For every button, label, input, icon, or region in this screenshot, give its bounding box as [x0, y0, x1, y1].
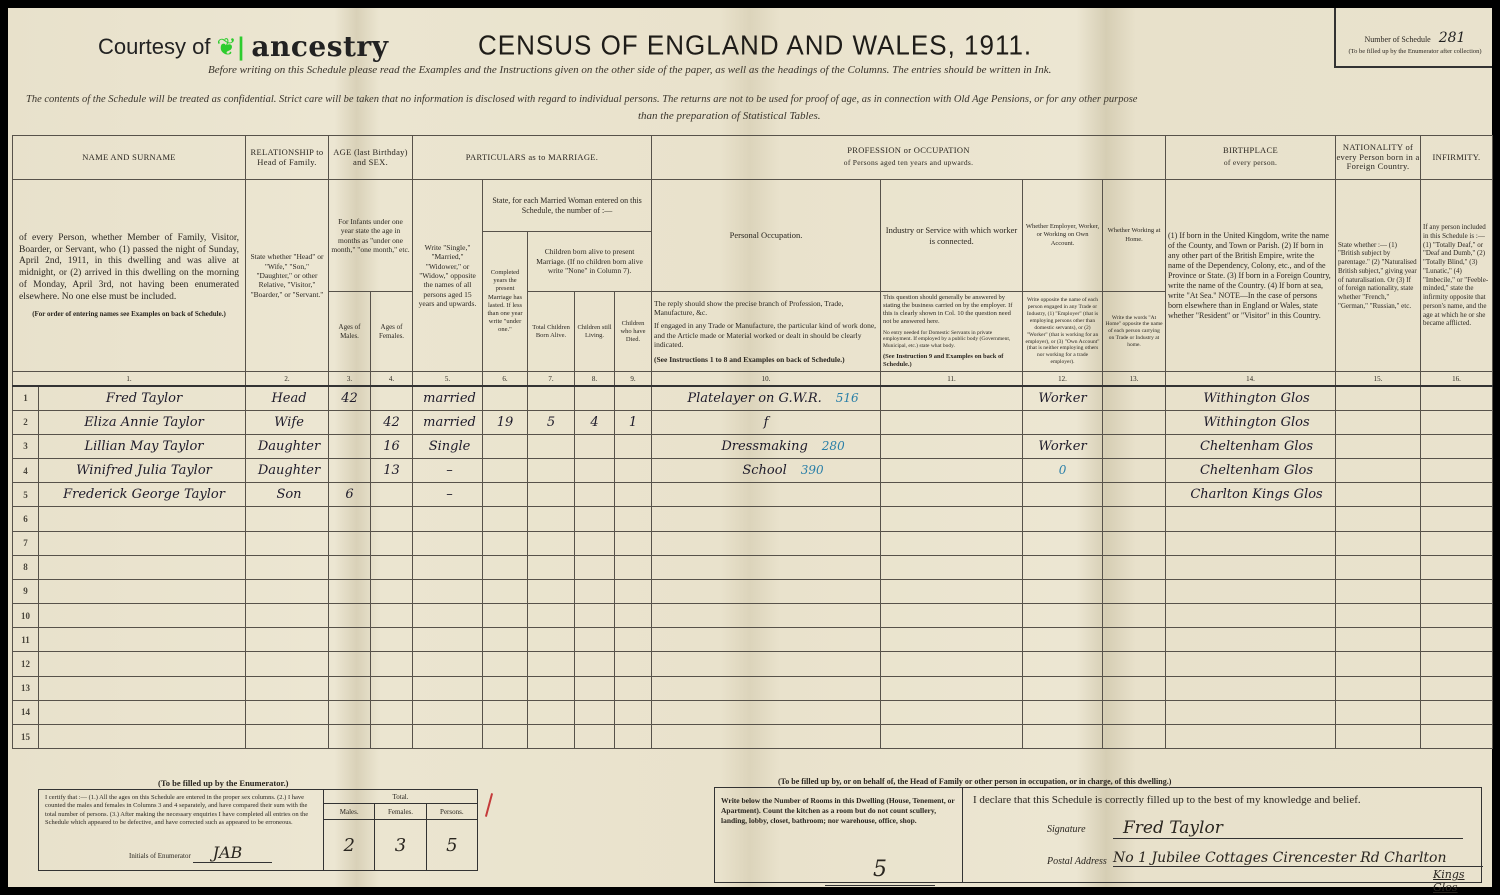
signature-value: Fred Taylor: [1113, 818, 1463, 839]
cell-occupation: [652, 531, 881, 555]
col-name-title: NAME AND SURNAME: [13, 136, 246, 180]
total-females: 3: [375, 820, 425, 870]
table-row: 2Eliza Annie TaylorWife42married19541fWi…: [13, 410, 1493, 434]
col-name-desc: of every Person, whether Member of Famil…: [13, 180, 246, 372]
table-row: 15: [13, 725, 1493, 749]
cell-age-m: 6: [329, 483, 371, 507]
cell-infirmity: [1421, 725, 1493, 749]
initials-row: Initials of Enumerator JAB: [129, 843, 272, 864]
cell-employer: [1023, 700, 1103, 724]
occupation-value: f: [764, 415, 769, 430]
cell-total: [528, 676, 575, 700]
cell-status: [413, 676, 483, 700]
cell-age-f: [371, 483, 413, 507]
cell-birthplace: [1166, 579, 1336, 603]
cell-died: [615, 458, 652, 482]
cell-age-f: [371, 507, 413, 531]
cell-rel: Daughter: [246, 434, 329, 458]
cell-rel: [246, 604, 329, 628]
address-value: No 1 Jubilee Cottages Cirencester Rd Cha…: [1113, 850, 1483, 867]
declaration-panel: I declare that this Schedule is correctl…: [963, 788, 1481, 882]
cell-occupation: f: [652, 410, 881, 434]
table-row: 14: [13, 700, 1493, 724]
industry-desc: This question should generally be answer…: [883, 294, 1020, 327]
birthplace-value: Withington Glos: [1203, 391, 1309, 406]
cell-name: [39, 531, 246, 555]
cell-infirmity: [1421, 604, 1493, 628]
schedule-note: (To be filled up by the Enumerator after…: [1344, 48, 1486, 55]
cell-nationality: [1336, 483, 1421, 507]
head-of-family-box: Write below the Number of Rooms in this …: [714, 787, 1482, 883]
cell-home: [1103, 434, 1166, 458]
col-relationship-desc: State whether "Head" or "Wife," "Son," "…: [246, 180, 329, 372]
schedule-number: 281: [1439, 30, 1466, 46]
cell-name: [39, 700, 246, 724]
cell-status: [413, 652, 483, 676]
occupation-value: Platelayer on G.W.R.: [687, 391, 821, 406]
brand-name: ancestry: [251, 30, 388, 63]
rel-value: Daughter: [258, 463, 320, 478]
cell-occupation: [652, 507, 881, 531]
cell-total: [528, 579, 575, 603]
row-number: 6: [13, 507, 39, 531]
cell-rel: [246, 555, 329, 579]
cell-status: [413, 700, 483, 724]
ancestry-leaf-icon: ❦|: [217, 33, 246, 61]
cell-nationality: [1336, 676, 1421, 700]
cell-employer: [1023, 410, 1103, 434]
cell-total: 5: [528, 410, 575, 434]
cell-industry: [881, 579, 1023, 603]
col-infirmity-desc: If any person included in this Schedule …: [1421, 180, 1493, 372]
cell-years: [483, 555, 528, 579]
cell-years: [483, 386, 528, 410]
cell-industry: [881, 410, 1023, 434]
cell-birthplace: [1166, 676, 1336, 700]
name-desc: of every Person, whether Member of Famil…: [19, 233, 239, 304]
cell-age-f: [371, 676, 413, 700]
birthplace-value: Withington Glos: [1203, 415, 1309, 430]
cell-industry: [881, 604, 1023, 628]
col-num-11: 11.: [881, 372, 1023, 386]
cell-rel: [246, 628, 329, 652]
col-num-7: 7.: [528, 372, 575, 386]
cell-living: [575, 555, 615, 579]
cell-died: [615, 531, 652, 555]
cell-infirmity: [1421, 458, 1493, 482]
cell-total: [528, 725, 575, 749]
address-label: Postal Address: [1047, 856, 1107, 867]
cell-home: [1103, 652, 1166, 676]
cell-status: married: [413, 410, 483, 434]
cell-employer: [1023, 628, 1103, 652]
cell-died: [615, 555, 652, 579]
cell-name: [39, 628, 246, 652]
cell-home: [1103, 555, 1166, 579]
col-age-desc: For Infants under one year state the age…: [329, 180, 413, 292]
cell-employer: [1023, 531, 1103, 555]
cell-home: [1103, 507, 1166, 531]
rooms-instruction: Write below the Number of Rooms in this …: [721, 796, 956, 825]
col-home-desc: Write the words "At Home" opposite the n…: [1103, 292, 1166, 372]
col-num-5: 5.: [413, 372, 483, 386]
table-row: 7: [13, 531, 1493, 555]
cell-total: [528, 700, 575, 724]
cell-total: [528, 531, 575, 555]
col-married-women-desc: State, for each Married Woman entered on…: [483, 180, 652, 232]
col-num-16: 16.: [1421, 372, 1493, 386]
cell-died: [615, 434, 652, 458]
living-value: 4: [590, 415, 598, 430]
cell-died: [615, 676, 652, 700]
cell-rel: [246, 531, 329, 555]
cell-birthplace: [1166, 628, 1336, 652]
col-marriage-title: PARTICULARS as to MARRIAGE.: [413, 136, 652, 180]
col-employer-desc: Write opposite the name of each person e…: [1023, 292, 1103, 372]
cell-occupation: [652, 725, 881, 749]
name-value: Fred Taylor: [106, 391, 182, 406]
col-num-12: 12.: [1023, 372, 1103, 386]
name-value: Frederick George Taylor: [63, 487, 225, 502]
cell-died: [615, 725, 652, 749]
cell-age-m: [329, 725, 371, 749]
cell-years: 19: [483, 410, 528, 434]
cell-age-m: [329, 410, 371, 434]
cell-birthplace: Cheltenham Glos: [1166, 434, 1336, 458]
cell-employer: [1023, 652, 1103, 676]
cell-name: [39, 555, 246, 579]
cell-total: [528, 386, 575, 410]
cell-nationality: [1336, 434, 1421, 458]
cell-home: [1103, 725, 1166, 749]
row-number: 9: [13, 579, 39, 603]
rel-value: Head: [271, 391, 306, 406]
age-m-value: 42: [341, 391, 358, 406]
name-value: Lillian May Taylor: [84, 439, 203, 454]
personal-desc-2: If engaged in any Trade or Manufacture, …: [654, 321, 878, 349]
certify-text: I certify that :— (1.) All the ages on t…: [45, 794, 317, 828]
status-value: married: [423, 391, 476, 406]
col-nationality-desc: State whether :— (1) "British subject by…: [1336, 180, 1421, 372]
instruction-line: Before writing on this Schedule please r…: [208, 64, 1051, 76]
cell-living: [575, 725, 615, 749]
cell-employer: 0: [1023, 458, 1103, 482]
cell-home: [1103, 410, 1166, 434]
col-num-4: 4.: [371, 372, 413, 386]
cell-total: [528, 652, 575, 676]
cell-years: [483, 725, 528, 749]
table-row: 9: [13, 579, 1493, 603]
table-row: 12: [13, 652, 1493, 676]
personal-desc-1: The reply should show the precise branch…: [654, 299, 878, 318]
col-children-died: Children who have Died.: [615, 292, 652, 372]
cell-total: [528, 483, 575, 507]
col-industry-title: Industry or Service with which worker is…: [881, 180, 1023, 292]
cell-age-f: 42: [371, 410, 413, 434]
signature-label: Signature: [1047, 824, 1086, 835]
cell-age-m: [329, 676, 371, 700]
cell-nationality: [1336, 531, 1421, 555]
occupation-value: School: [742, 463, 786, 478]
industry-note: (See Instruction 9 and Examples on back …: [883, 353, 1020, 369]
row-number: 11: [13, 628, 39, 652]
cell-nationality: [1336, 386, 1421, 410]
row-number: 10: [13, 604, 39, 628]
cell-age-f: [371, 700, 413, 724]
rel-value: Wife: [274, 415, 304, 430]
col-nationality-title: NATIONALITY of every Person born in a Fo…: [1336, 136, 1421, 180]
col-relationship-title: RELATIONSHIP to Head of Family.: [246, 136, 329, 180]
col-num-9: 9.: [615, 372, 652, 386]
cell-name: [39, 652, 246, 676]
cell-birthplace: Withington Glos: [1166, 410, 1336, 434]
cell-died: [615, 652, 652, 676]
col-num-3: 3.: [329, 372, 371, 386]
cell-status: [413, 507, 483, 531]
col-occupation-title: PROFESSION or OCCUPATION of Persons aged…: [652, 136, 1166, 180]
cell-infirmity: [1421, 531, 1493, 555]
cell-living: [575, 628, 615, 652]
cell-nationality: [1336, 628, 1421, 652]
cell-nationality: [1336, 725, 1421, 749]
cell-age-m: [329, 604, 371, 628]
cell-birthplace: Withington Glos: [1166, 386, 1336, 410]
enumerator-section-title: (To be filled up by the Enumerator.): [158, 778, 288, 788]
cell-name: [39, 676, 246, 700]
cell-nationality: [1336, 652, 1421, 676]
personal-note: (See Instructions 1 to 8 and Examples on…: [654, 355, 878, 364]
cell-status: –: [413, 483, 483, 507]
col-num-1: 1.: [13, 372, 246, 386]
rel-value: Daughter: [258, 439, 320, 454]
cell-living: [575, 483, 615, 507]
totals-header: Total.: [324, 790, 477, 804]
cell-birthplace: [1166, 555, 1336, 579]
cell-infirmity: [1421, 676, 1493, 700]
row-number: 14: [13, 700, 39, 724]
schedule-number-box: Number of Schedule 281 (To be filled up …: [1334, 8, 1492, 68]
cell-occupation: School390: [652, 458, 881, 482]
cell-birthplace: Charlton Kings Glos: [1166, 483, 1336, 507]
cell-age-f: [371, 531, 413, 555]
col-industry-desc: This question should generally be answer…: [881, 292, 1023, 372]
row-number: 7: [13, 531, 39, 555]
cell-occupation: [652, 628, 881, 652]
cell-age-m: [329, 628, 371, 652]
col-num-14: 14.: [1166, 372, 1336, 386]
cell-died: [615, 483, 652, 507]
age-f-value: 42: [383, 415, 400, 430]
cell-died: [615, 507, 652, 531]
cell-industry: [881, 507, 1023, 531]
col-personal-occupation-title: Personal Occupation.: [652, 180, 881, 292]
cell-years: [483, 628, 528, 652]
cell-industry: [881, 386, 1023, 410]
occupation-code: 516: [836, 391, 859, 405]
column-number-row: 1. 2. 3. 4. 5. 6. 7. 8. 9. 10. 11. 12. 1…: [13, 372, 1493, 386]
cell-nationality: [1336, 410, 1421, 434]
cell-employer: [1023, 483, 1103, 507]
cell-died: [615, 628, 652, 652]
cell-age-f: [371, 652, 413, 676]
cell-total: [528, 604, 575, 628]
died-value: 1: [629, 415, 637, 430]
cell-living: [575, 604, 615, 628]
enumerator-initials: JAB: [193, 843, 273, 863]
cell-occupation: Dressmaking280: [652, 434, 881, 458]
row-number: 8: [13, 555, 39, 579]
col-num-8: 8.: [575, 372, 615, 386]
enumerator-certification: I certify that :— (1.) All the ages on t…: [39, 790, 324, 870]
occupation-title: PROFESSION or OCCUPATION: [652, 146, 1165, 156]
cell-living: [575, 458, 615, 482]
cell-birthplace: [1166, 725, 1336, 749]
col-num-2: 2.: [246, 372, 329, 386]
cell-home: [1103, 531, 1166, 555]
cell-status: [413, 725, 483, 749]
cell-infirmity: [1421, 410, 1493, 434]
table-row: 10: [13, 604, 1493, 628]
total-males: 2: [324, 820, 374, 870]
birthplace-value: Cheltenham Glos: [1200, 439, 1313, 454]
cell-total: [528, 507, 575, 531]
cell-rel: [246, 700, 329, 724]
cell-age-m: [329, 507, 371, 531]
cell-home: [1103, 483, 1166, 507]
cell-age-f: 13: [371, 458, 413, 482]
employer-value: Worker: [1038, 391, 1086, 406]
col-num-10: 10.: [652, 372, 881, 386]
cell-rel: [246, 579, 329, 603]
col-total-children: Total Children Born Alive.: [528, 292, 575, 372]
cell-status: [413, 579, 483, 603]
cell-years: [483, 676, 528, 700]
cell-living: [575, 386, 615, 410]
cell-occupation: [652, 676, 881, 700]
females-label: Females.: [375, 804, 425, 820]
cell-years: [483, 531, 528, 555]
status-value: –: [446, 487, 453, 502]
cell-infirmity: [1421, 483, 1493, 507]
cell-age-m: 42: [329, 386, 371, 410]
address-value-2: Kings Glos: [1433, 868, 1481, 894]
cell-occupation: Platelayer on G.W.R.516: [652, 386, 881, 410]
cell-years: [483, 700, 528, 724]
name-value: Eliza Annie Taylor: [84, 415, 204, 430]
cell-occupation: [652, 652, 881, 676]
col-children-living: Children still Living.: [575, 292, 615, 372]
cell-rel: [246, 725, 329, 749]
cell-age-m: [329, 531, 371, 555]
census-schedule-page: Courtesy of ❦| ancestry CENSUS OF ENGLAN…: [8, 8, 1492, 887]
birthplace-title: BIRTHPLACE: [1166, 146, 1335, 156]
cell-rel: [246, 652, 329, 676]
head-of-family-title: (To be filled up by, or on behalf of, th…: [778, 777, 1171, 786]
persons-label: Persons.: [427, 804, 477, 820]
cell-age-f: [371, 555, 413, 579]
occupation-subtitle: of Persons aged ten years and upwards.: [652, 156, 1165, 169]
cell-years: [483, 458, 528, 482]
cell-occupation: [652, 700, 881, 724]
rooms-count: 5: [825, 856, 935, 886]
cell-home: [1103, 579, 1166, 603]
cell-age-f: 16: [371, 434, 413, 458]
cell-industry: [881, 725, 1023, 749]
males-label: Males.: [324, 804, 374, 820]
cell-nationality: [1336, 604, 1421, 628]
table-row: 4Winifred Julia TaylorDaughter13–School3…: [13, 458, 1493, 482]
birthplace-value: Cheltenham Glos: [1200, 463, 1313, 478]
cell-infirmity: [1421, 386, 1493, 410]
cell-occupation: [652, 483, 881, 507]
table-row: 6: [13, 507, 1493, 531]
cell-industry: [881, 652, 1023, 676]
cell-name: [39, 725, 246, 749]
name-note: (For order of entering names see Example…: [19, 310, 239, 319]
confidential-line-2: than the preparation of Statistical Tabl…: [638, 110, 821, 122]
rooms-panel: Write below the Number of Rooms in this …: [715, 788, 963, 882]
cell-living: 4: [575, 410, 615, 434]
cell-infirmity: [1421, 579, 1493, 603]
cell-name: [39, 604, 246, 628]
cell-name: [39, 507, 246, 531]
cell-years: [483, 483, 528, 507]
col-years-married: Completed years the present Marriage has…: [483, 232, 528, 372]
age-m-value: 6: [345, 487, 353, 502]
cell-living: [575, 531, 615, 555]
row-number: 13: [13, 676, 39, 700]
cell-name: Frederick George Taylor: [39, 483, 246, 507]
page-title: CENSUS OF ENGLAND AND WALES, 1911.: [478, 29, 1032, 62]
cell-age-m: [329, 700, 371, 724]
cell-status: [413, 531, 483, 555]
cell-nationality: [1336, 458, 1421, 482]
cell-employer: [1023, 555, 1103, 579]
col-birthplace-desc: (1) If born in the United Kingdom, write…: [1166, 180, 1336, 372]
status-value: married: [423, 415, 476, 430]
cell-total: [528, 555, 575, 579]
cell-employer: [1023, 579, 1103, 603]
cell-industry: [881, 531, 1023, 555]
occupation-code: 390: [801, 463, 824, 477]
cell-living: [575, 700, 615, 724]
cell-rel: Daughter: [246, 458, 329, 482]
cell-living: [575, 676, 615, 700]
cell-rel: Son: [246, 483, 329, 507]
col-employer-title: Whether Employer, Worker, or Working on …: [1023, 180, 1103, 292]
occupation-value: Dressmaking: [721, 439, 807, 454]
cell-status: married: [413, 386, 483, 410]
col-infirmity-title: INFIRMITY.: [1421, 136, 1493, 180]
totals-panel: Total. Males.2 Females.3 Persons.5: [324, 790, 477, 870]
cell-status: –: [413, 458, 483, 482]
col-num-15: 15.: [1336, 372, 1421, 386]
col-ages-males: Ages of Males.: [329, 292, 371, 372]
total-persons: 5: [427, 820, 477, 870]
col-marital-status-desc: Write "Single," "Married," "Widower," or…: [413, 180, 483, 372]
cell-employer: [1023, 725, 1103, 749]
declaration-text: I declare that this Schedule is correctl…: [973, 794, 1471, 806]
row-number: 15: [13, 725, 39, 749]
cell-birthplace: [1166, 700, 1336, 724]
row-number: 3: [13, 434, 39, 458]
cell-living: [575, 434, 615, 458]
red-pencil-mark: [485, 793, 493, 817]
cell-name: [39, 579, 246, 603]
row-number: 1: [13, 386, 39, 410]
age-f-value: 16: [383, 439, 400, 454]
cell-industry: [881, 676, 1023, 700]
